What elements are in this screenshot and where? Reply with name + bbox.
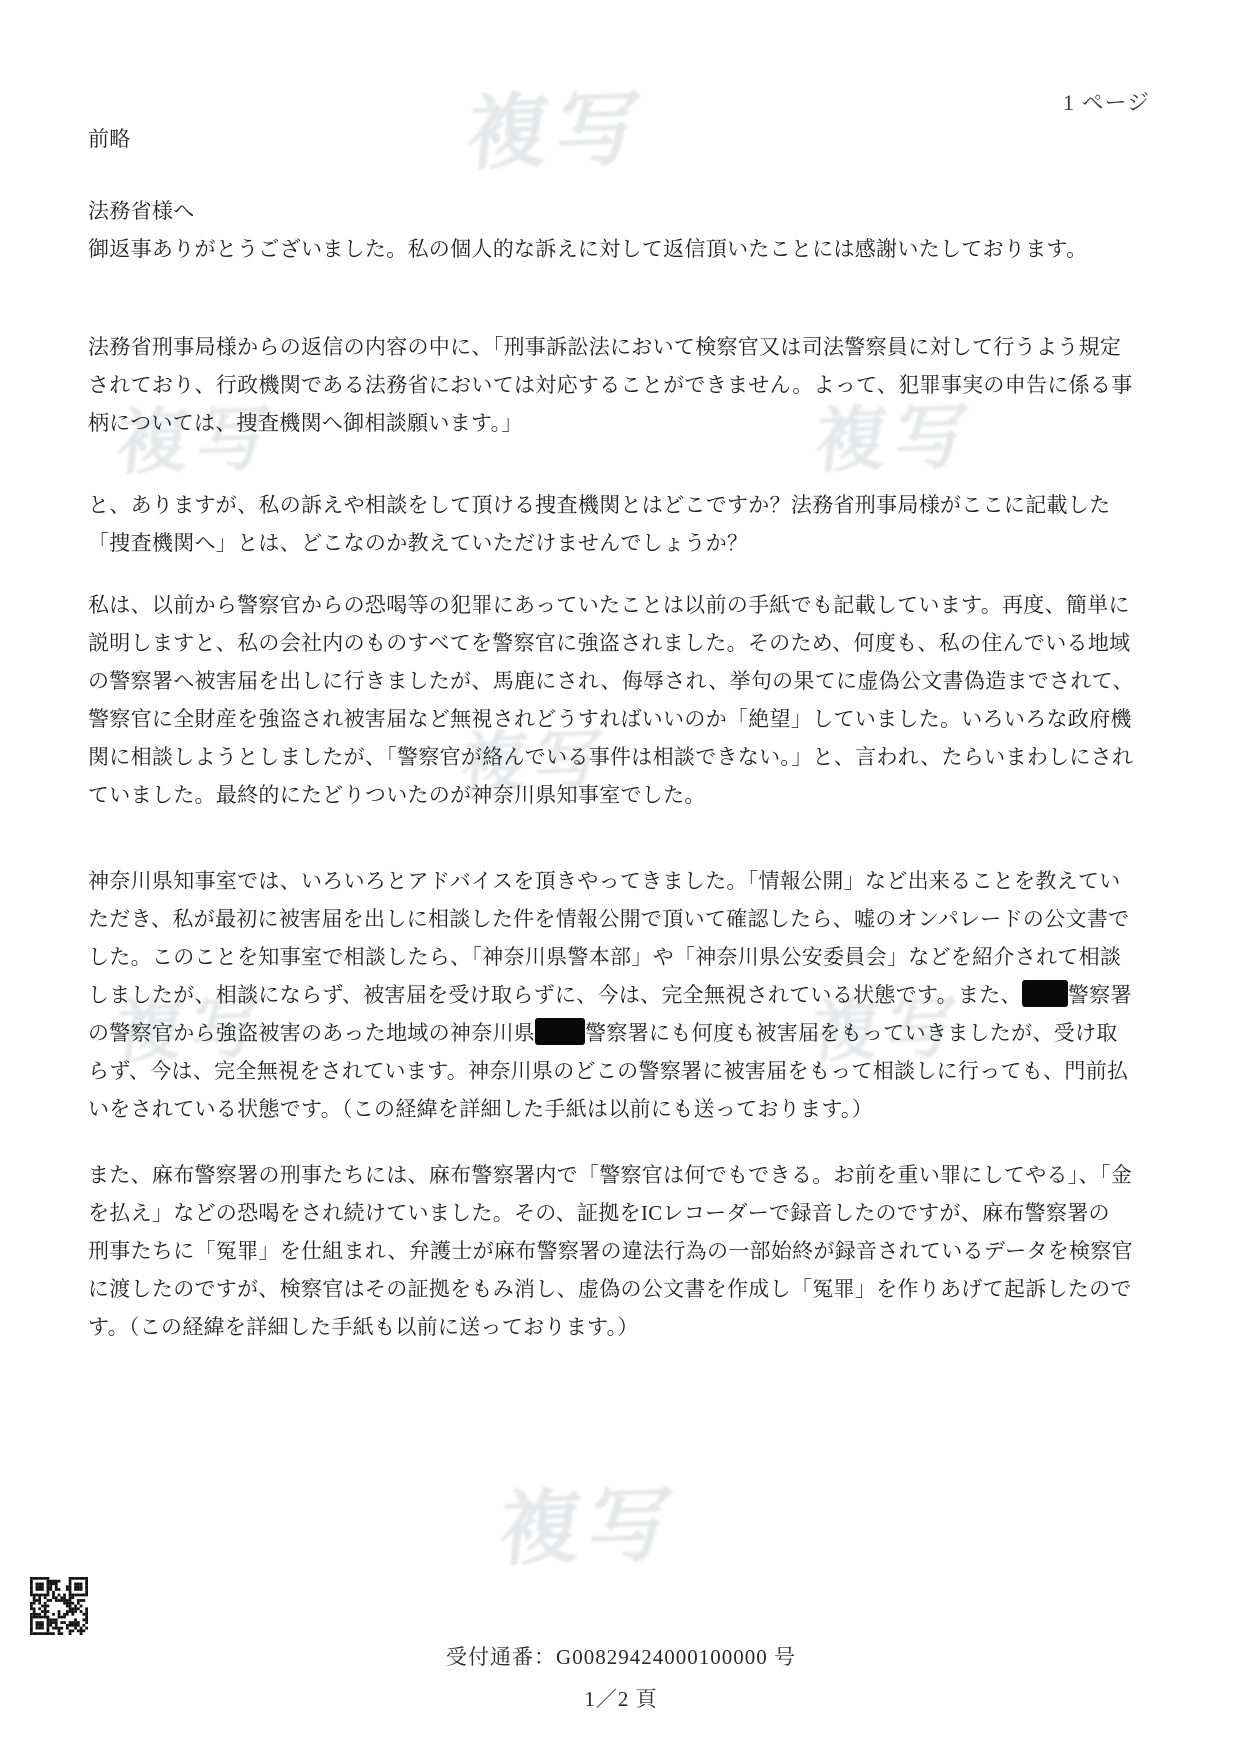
letter-opening: 前略 <box>88 120 1174 158</box>
letter-salutation: 法務省様へ 御返事ありがとうございました。私の個人的な訴えに対して返信頂いたこと… <box>88 192 1174 268</box>
redaction-box <box>1022 980 1068 1007</box>
page-indicator: 1／2 頁 <box>0 1678 1242 1720</box>
letter-footer: 受付通番：G00829424000100000 号 1／2 頁 <box>0 1636 1242 1720</box>
kanagawa-text-1: 神奈川県知事室では、いろいろとアドバイスを頂きやってきました。「情報公開」など出… <box>88 869 1129 1007</box>
paragraph-kanagawa: 神奈川県知事室では、いろいろとアドバイスを頂きやってきました。「情報公開」など出… <box>88 862 1174 1128</box>
paragraph-question: と、ありますが、私の訴えや相談をして頂ける捜査機関とはどこですか？法務省刑事局様… <box>88 486 1174 562</box>
paragraph-azabu: また、麻布警察署の刑事たちには、麻布警察署内で「警察官は何でもできる。お前を重い… <box>88 1156 1174 1346</box>
qr-code-icon <box>30 1577 88 1635</box>
receipt-number: 受付通番：G00829424000100000 号 <box>0 1636 1242 1678</box>
page-number: 1 ページ <box>1063 86 1150 117</box>
scanned-letter-page: 1 ページ 複写 複写 複写 複写 複写 複写 複写 前略 法務省様へ 御返事あ… <box>0 0 1242 1755</box>
letter-body: 前略 法務省様へ 御返事ありがとうございました。私の個人的な訴えに対して返信頂い… <box>88 120 1174 1346</box>
paragraph-moj-reply-quote: 法務省刑事局様からの返信の内容の中に、「刑事訴訟法において検察官又は司法警察員に… <box>88 328 1174 442</box>
copy-watermark-stamp: 複写 <box>493 1459 686 1582</box>
paragraph-history: 私は、以前から警察官からの恐喝等の犯罪にあっていたことは以前の手紙でも記載してい… <box>88 586 1174 814</box>
redaction-box <box>535 1018 585 1045</box>
